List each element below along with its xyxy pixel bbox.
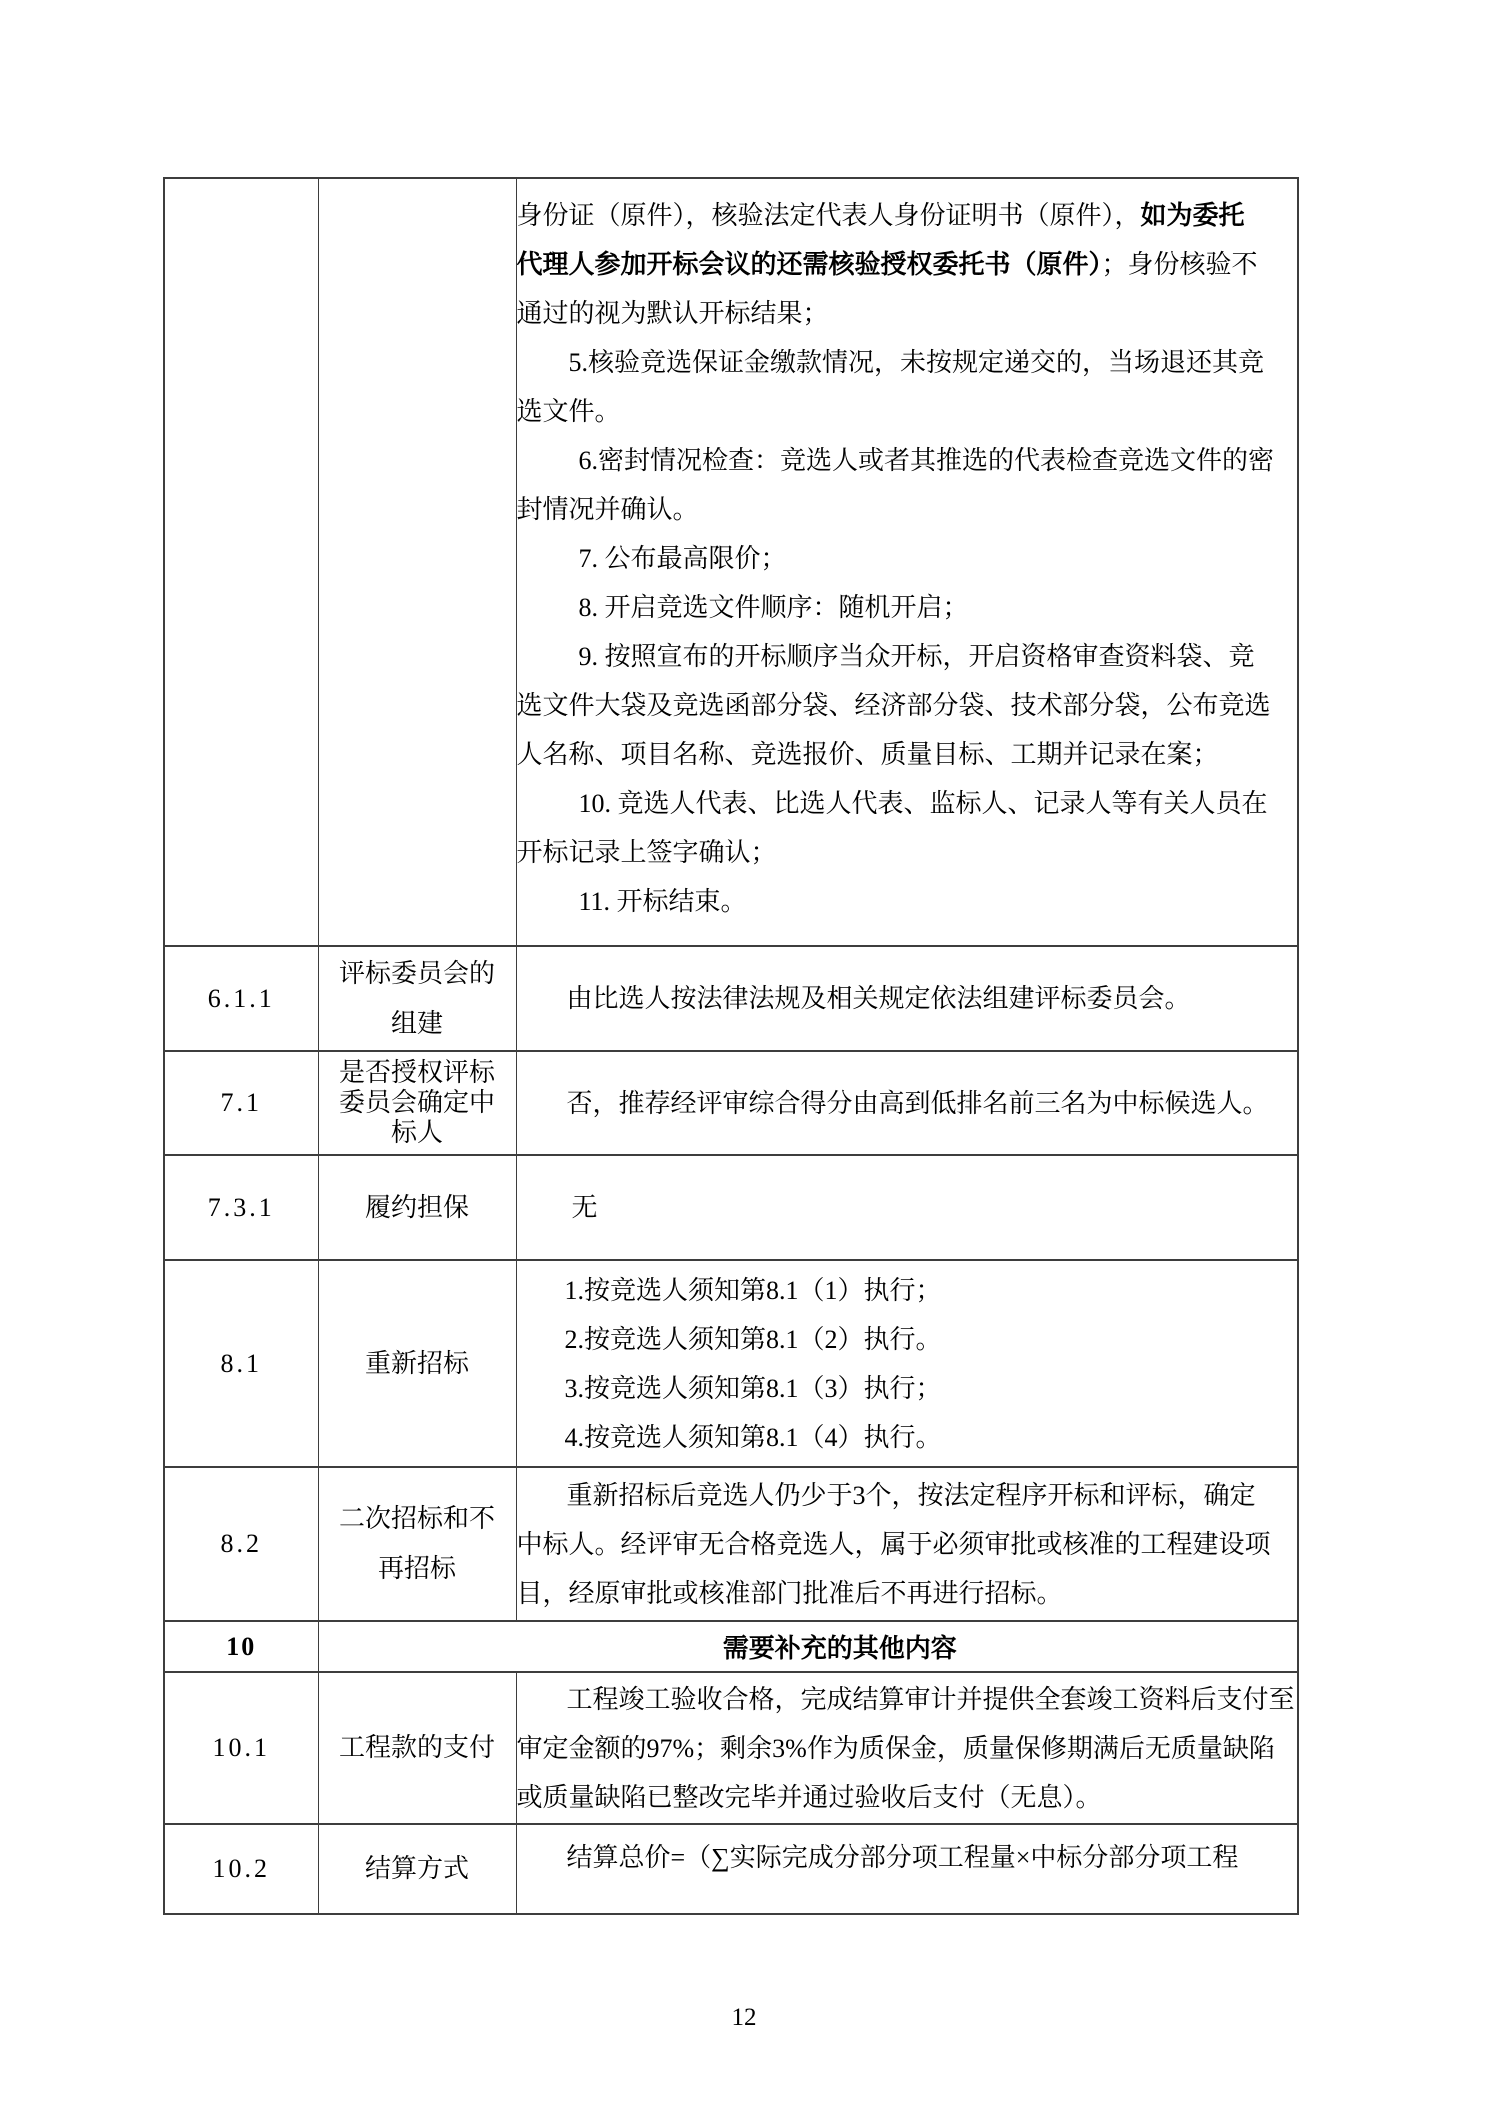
table-row: 10.2 结算方式 结算总价=（∑实际完成分部分项工程量×中标分部分项工程	[164, 1824, 1298, 1914]
term-id-cell: 7.3.1	[164, 1155, 318, 1260]
term-id-cell: 10.1	[164, 1672, 318, 1824]
text-line: 或质量缺陷已整改完毕并通过验收后支付（无息）。	[517, 1773, 1298, 1822]
text-line: 5.核验竞选保证金缴款情况，未按规定递交的，当场退还其竞	[517, 338, 1298, 387]
term-id-cell: 10.2	[164, 1824, 318, 1914]
text-line: 3.按竞选人须知第8.1（3）执行；	[517, 1364, 1298, 1413]
text-line: 重新招标	[319, 1339, 516, 1389]
page-number: 12	[0, 2003, 1488, 2033]
text-line: 身份证（原件），核验法定代表人身份证明书（原件），如为委托	[517, 191, 1298, 240]
term-content-cell: 工程竣工验收合格，完成结算审计并提供全套竣工资料后支付至审定金额的97%；剩余3…	[516, 1672, 1298, 1824]
document-page: 身份证（原件），核验法定代表人身份证明书（原件），如为委托代理人参加开标会议的还…	[0, 0, 1488, 2105]
text-line: 选文件大袋及竞选函部分袋、经济部分袋、技术部分袋，公布竞选	[517, 681, 1298, 730]
text-line: 是否授权评标	[319, 1058, 516, 1088]
text-line: 6.密封情况检查：竞选人或者其推选的代表检查竞选文件的密	[517, 436, 1298, 485]
table-row: 8.2 二次招标和不再招标 重新招标后竞选人仍少于3个，按法定程序开标和评标，确…	[164, 1467, 1298, 1621]
text-line: 再招标	[319, 1544, 516, 1594]
text-line: 审定金额的97%；剩余3%作为质保金，质量保修期满后无质量缺陷	[517, 1724, 1298, 1773]
term-id-cell: 6.1.1	[164, 946, 318, 1051]
text-line: 4.按竞选人须知第8.1（4）执行。	[517, 1413, 1298, 1462]
term-id-cell: 8.1	[164, 1260, 318, 1467]
table-row: 10 需要补充的其他内容	[164, 1621, 1298, 1672]
term-name-cell: 履约担保	[318, 1155, 516, 1260]
term-content-cell: 1.按竞选人须知第8.1（1）执行；2.按竞选人须知第8.1（2）执行。3.按竞…	[516, 1260, 1298, 1467]
term-content-cell: 无	[516, 1155, 1298, 1260]
term-content-cell: 重新招标后竞选人仍少于3个，按法定程序开标和评标，确定中标人。经评审无合格竞选人…	[516, 1467, 1298, 1621]
text-line: 代理人参加开标会议的还需核验授权委托书（原件）；身份核验不	[517, 240, 1298, 289]
text-line: 2.按竞选人须知第8.1（2）执行。	[517, 1315, 1298, 1364]
term-name-cell: 是否授权评标委员会确定中标人	[318, 1051, 516, 1155]
text-line: 无	[517, 1183, 1298, 1232]
text-line: 封情况并确认。	[517, 485, 1298, 534]
text-line: 结算总价=（∑实际完成分部分项工程量×中标分部分项工程	[517, 1833, 1298, 1882]
text-line: 中标人。经评审无合格竞选人，属于必须审批或核准的工程建设项	[517, 1520, 1298, 1569]
term-name-cell: 二次招标和不再招标	[318, 1467, 516, 1621]
term-name-cell: 工程款的支付	[318, 1672, 516, 1824]
text-line: 通过的视为默认开标结果；	[517, 289, 1298, 338]
text-line: 结算方式	[319, 1844, 516, 1894]
text-line: 由比选人按法律法规及相关规定依法组建评标委员会。	[517, 974, 1298, 1023]
term-content-cell: 由比选人按法律法规及相关规定依法组建评标委员会。	[516, 946, 1298, 1051]
text-line: 工程竣工验收合格，完成结算审计并提供全套竣工资料后支付至	[517, 1675, 1298, 1724]
table-row: 身份证（原件），核验法定代表人身份证明书（原件），如为委托代理人参加开标会议的还…	[164, 178, 1298, 946]
text-line: 委员会确定中	[319, 1088, 516, 1118]
text-line: 标人	[319, 1118, 516, 1148]
term-content-cell: 结算总价=（∑实际完成分部分项工程量×中标分部分项工程	[516, 1824, 1298, 1914]
section-heading-cell: 需要补充的其他内容	[318, 1621, 1298, 1672]
table-row: 10.1 工程款的支付 工程竣工验收合格，完成结算审计并提供全套竣工资料后支付至…	[164, 1672, 1298, 1824]
text-line: 选文件。	[517, 387, 1298, 436]
term-id-cell: 8.2	[164, 1467, 318, 1621]
table-row: 7.1 是否授权评标委员会确定中标人 否，推荐经评审综合得分由高到低排名前三名为…	[164, 1051, 1298, 1155]
term-name-cell: 重新招标	[318, 1260, 516, 1467]
text-line: 9. 按照宣布的开标顺序当众开标，开启资格审查资料袋、竞	[517, 632, 1298, 681]
text-line: 1.按竞选人须知第8.1（1）执行；	[517, 1266, 1298, 1315]
text-line: 人名称、项目名称、竞选报价、质量目标、工期并记录在案；	[517, 730, 1298, 779]
term-name-cell: 结算方式	[318, 1824, 516, 1914]
text-line: 开标记录上签字确认；	[517, 828, 1298, 877]
table-row: 7.3.1 履约担保 无	[164, 1155, 1298, 1260]
text-line: 工程款的支付	[319, 1723, 516, 1773]
term-id-cell: 7.1	[164, 1051, 318, 1155]
term-id-cell: 10	[164, 1621, 318, 1672]
text-line: 10. 竞选人代表、比选人代表、监标人、记录人等有关人员在	[517, 779, 1298, 828]
table-row: 6.1.1 评标委员会的组建 由比选人按法律法规及相关规定依法组建评标委员会。	[164, 946, 1298, 1051]
text-line: 二次招标和不	[319, 1494, 516, 1544]
text-line: 11. 开标结束。	[517, 877, 1298, 926]
text-line: 组建	[319, 999, 516, 1049]
term-content-cell: 否，推荐经评审综合得分由高到低排名前三名为中标候选人。	[516, 1051, 1298, 1155]
term-content-cell: 身份证（原件），核验法定代表人身份证明书（原件），如为委托代理人参加开标会议的还…	[516, 178, 1298, 946]
text-line: 评标委员会的	[319, 949, 516, 999]
term-id-cell	[164, 178, 318, 946]
text-line: 重新招标后竞选人仍少于3个，按法定程序开标和评标，确定	[517, 1471, 1298, 1520]
bid-terms-table: 身份证（原件），核验法定代表人身份证明书（原件），如为委托代理人参加开标会议的还…	[163, 177, 1299, 1915]
text-line: 履约担保	[319, 1183, 516, 1233]
text-line: 否，推荐经评审综合得分由高到低排名前三名为中标候选人。	[517, 1079, 1298, 1128]
text-line: 7. 公布最高限价；	[517, 534, 1298, 583]
table-row: 8.1 重新招标 1.按竞选人须知第8.1（1）执行；2.按竞选人须知第8.1（…	[164, 1260, 1298, 1467]
text-line: 目，经原审批或核准部门批准后不再进行招标。	[517, 1569, 1298, 1618]
term-name-cell	[318, 178, 516, 946]
term-name-cell: 评标委员会的组建	[318, 946, 516, 1051]
text-line: 8. 开启竞选文件顺序：随机开启；	[517, 583, 1298, 632]
